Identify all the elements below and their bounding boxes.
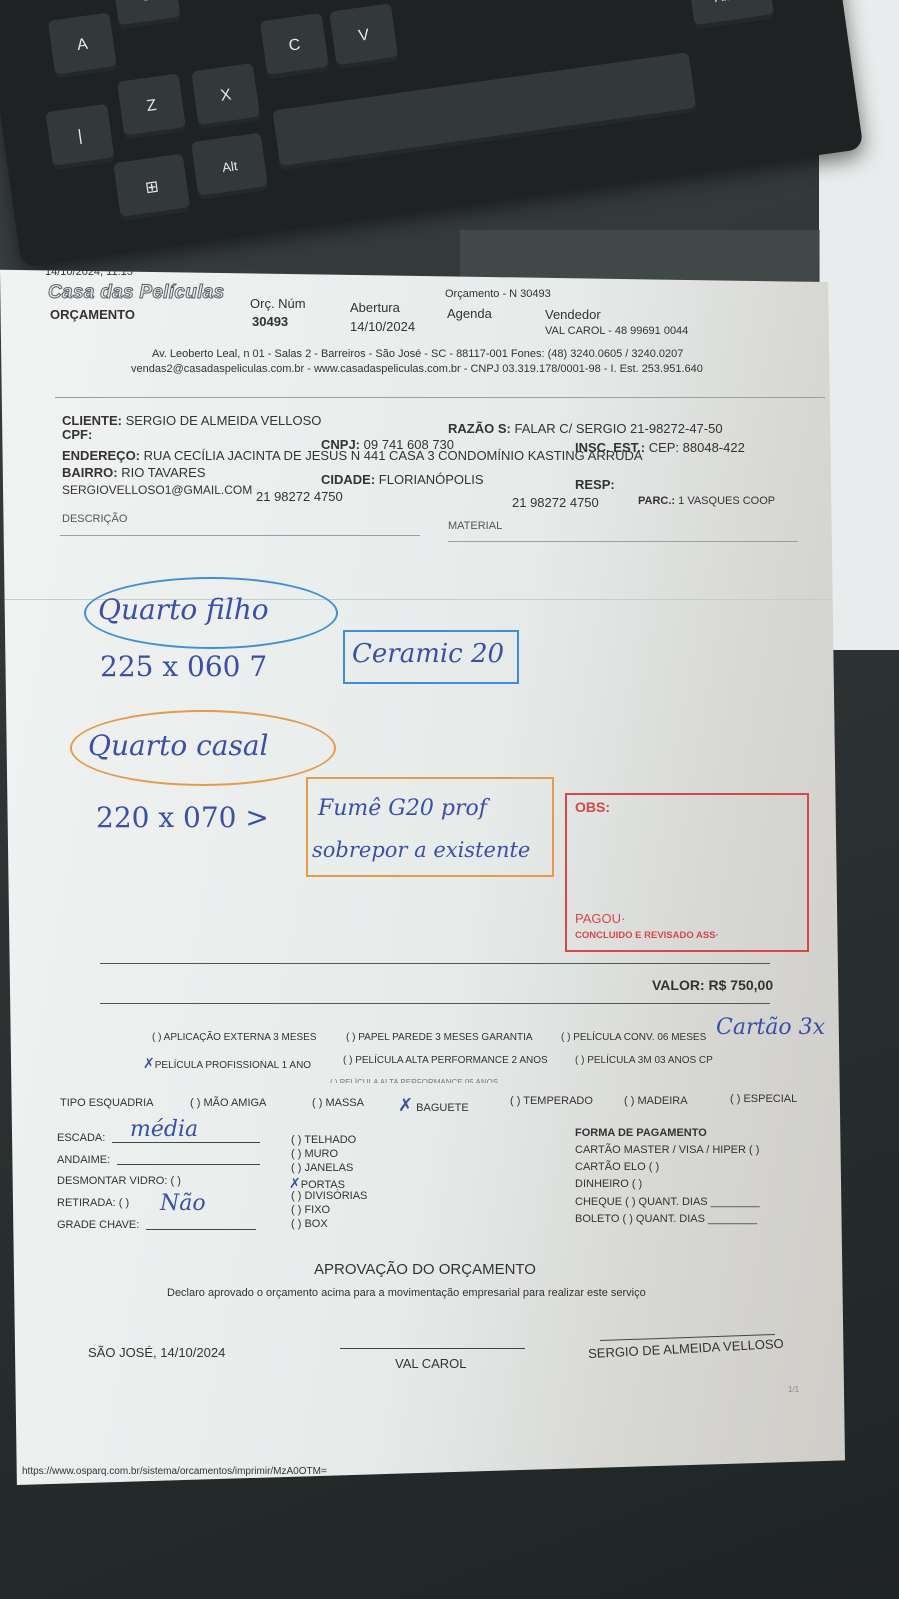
key-alt: Alt	[191, 133, 268, 200]
room2-material-line1: Fumê G20 prof	[318, 796, 487, 821]
location-divisorias[interactable]: ( ) DIVISÓRIAS	[291, 1190, 367, 1202]
address-line-1: Av. Leoberto Leal, n 01 - Salas 2 - Barr…	[152, 348, 683, 360]
room2-name: Quarto casal	[88, 729, 268, 762]
approval-declaration: Declaro aprovado o orçamento acima para …	[167, 1287, 646, 1299]
divider	[55, 397, 825, 398]
key-altgr: Alt Gr	[687, 0, 774, 29]
location-muro[interactable]: ( ) MURO	[291, 1148, 338, 1160]
payment-option-boleto[interactable]: BOLETO ( ) QUANT. DIAS ________	[575, 1213, 757, 1225]
desmontar-vidro[interactable]: DESMONTAR VIDRO: ( )	[57, 1175, 181, 1187]
abertura-label: Abertura	[350, 300, 400, 315]
check-mark-icon: ✗	[143, 1055, 155, 1071]
descricao-header: DESCRIÇÃO	[62, 513, 127, 525]
valor-field: VALOR: R$ 750,00	[652, 977, 773, 993]
esquadria-label: TIPO ESQUADRIA	[60, 1097, 154, 1109]
key-pipe: |	[45, 104, 114, 170]
page-number: 1/1	[788, 1385, 799, 1394]
divider	[448, 541, 798, 542]
andaime-line[interactable]	[117, 1164, 260, 1165]
option-pelicula-conv[interactable]: ( ) PELÍCULA CONV. 06 MESES	[561, 1032, 706, 1043]
esquadria-massa[interactable]: ( ) MASSA	[312, 1097, 364, 1109]
footer-url: https://www.osparq.com.br/sistema/orcame…	[22, 1466, 327, 1477]
orc-num-label: Orç. Núm	[250, 296, 306, 311]
esquadria-temperado[interactable]: ( ) TEMPERADO	[510, 1095, 593, 1107]
escada-label: ESCADA:	[57, 1132, 105, 1144]
bairro-field: BAIRRO: RIO TAVARES	[62, 465, 206, 480]
budget-document: 14/10/2024, 11:15 Casa das Películas ORÇ…	[0, 255, 845, 1485]
client-email: SERGIOVELLOSO1@GMAIL.COM	[62, 483, 252, 497]
cidade-field: CIDADE: FLORIANÓPOLIS	[321, 472, 484, 487]
key-v: V	[329, 3, 398, 69]
obs-label: OBS:	[575, 799, 610, 815]
key-x: X	[191, 63, 260, 129]
room1-dims: 225 x 060 7	[100, 650, 267, 683]
doc-type: ORÇAMENTO	[50, 307, 135, 322]
obs-box: OBS: PAGOU· CONCLUIDO E REVISADO ASS·	[565, 793, 809, 952]
place-date: SÃO JOSÉ, 14/10/2024	[88, 1345, 225, 1360]
andaime-label: ANDAIME:	[57, 1154, 110, 1166]
room2-material-box	[306, 777, 554, 877]
location-fixo[interactable]: ( ) FIXO	[291, 1204, 330, 1216]
grade-chave-label: GRADE CHAVE:	[57, 1219, 139, 1231]
location-box[interactable]: ( ) BOX	[291, 1218, 328, 1230]
payment-note: Cartão 3x	[716, 1015, 825, 1040]
divider	[100, 1003, 770, 1004]
cpf-label: CPF:	[62, 427, 92, 442]
agenda-label: Agenda	[447, 306, 492, 321]
divider	[60, 535, 420, 536]
room1-name: Quarto filho	[98, 593, 269, 626]
retirada-field[interactable]: RETIRADA: ( )	[57, 1197, 129, 1209]
esquadria-baguete[interactable]: ✗ BAGUETE	[398, 1095, 469, 1116]
option-papel-parede[interactable]: ( ) PAPEL PAREDE 3 MESES GARANTIA	[346, 1032, 533, 1043]
cliente-field: CLIENTE: SERGIO DE ALMEIDA VELLOSO	[62, 413, 321, 428]
payment-option-dinheiro[interactable]: DINHEIRO ( )	[575, 1178, 642, 1190]
option-aplicacao-externa[interactable]: ( ) APLICAÇÃO EXTERNA 3 MESES	[152, 1032, 317, 1043]
client-phone-1: 21 98272 4750	[256, 489, 343, 504]
option-alta-performance-2[interactable]: ( ) PELÍCULA ALTA PERFORMANCE 2 ANOS	[343, 1055, 548, 1066]
option-3m[interactable]: ( ) PELÍCULA 3M 03 ANOS CP	[575, 1055, 713, 1066]
key-b: B	[380, 0, 449, 1]
razao-field: RAZÃO S: FALAR C/ SERGIO 21-98272-47-50	[448, 421, 723, 436]
escada-line	[112, 1142, 260, 1143]
esquadria-especial[interactable]: ( ) ESPECIAL	[730, 1093, 797, 1105]
location-janelas[interactable]: ( ) JANELAS	[291, 1162, 353, 1174]
seller-signature-line[interactable]	[340, 1348, 525, 1349]
resp-label: RESP:	[575, 477, 615, 492]
vendedor-value: VAL CAROL - 48 99691 0044	[545, 325, 688, 337]
room1-material: Ceramic 20	[352, 639, 504, 669]
approval-title: APROVAÇÃO DO ORÇAMENTO	[314, 1261, 536, 1278]
key-c: C	[260, 13, 329, 79]
retirada-value: Não	[160, 1191, 206, 1216]
key-space	[272, 52, 696, 170]
divider	[100, 963, 770, 964]
room2-dims: 220 x 070 >	[96, 801, 269, 834]
key-a: A	[48, 12, 117, 78]
doc-ref: Orçamento - N 30493	[445, 288, 551, 300]
grade-chave-line[interactable]	[146, 1229, 256, 1230]
room2-material-line2: sobrepor a existente	[312, 838, 530, 862]
check-mark-icon: ✗	[289, 1175, 301, 1191]
key-s: S	[112, 0, 181, 29]
location-telhado[interactable]: ( ) TELHADO	[291, 1134, 356, 1146]
endereco-field: ENDEREÇO: RUA CECÍLIA JACINTA DE JESUS N…	[62, 448, 643, 463]
company-logo: Casa das Películas	[48, 282, 225, 304]
esquadria-madeira[interactable]: ( ) MADEIRA	[624, 1095, 688, 1107]
esquadria-mao-amiga[interactable]: ( ) MÃO AMIGA	[190, 1097, 266, 1109]
escada-value[interactable]: média	[130, 1117, 198, 1142]
parc-field: PARC.: 1 VASQUES COOP	[638, 495, 775, 507]
client-phone-2: 21 98272 4750	[512, 495, 599, 510]
concluido-label: CONCLUIDO E REVISADO ASS·	[575, 930, 719, 941]
payment-option-elo[interactable]: CARTÃO ELO ( )	[575, 1161, 659, 1173]
key-z: Z	[117, 73, 186, 139]
check-mark-icon: ✗	[398, 1095, 413, 1115]
seller-signature-name: VAL CAROL	[395, 1356, 467, 1371]
payment-title: FORMA DE PAGAMENTO	[575, 1127, 707, 1139]
abertura-value: 14/10/2024	[350, 319, 415, 334]
option-pelicula-profissional[interactable]: ✗PELÍCULA PROFISSIONAL 1 ANO	[143, 1055, 311, 1072]
address-line-2: vendas2@casadaspeliculas.com.br - www.ca…	[131, 363, 703, 375]
option-alta-performance-5[interactable]: ( ) PELÍCULA ALTA PERFORMANCE 05 ANOS	[330, 1078, 498, 1083]
payment-option-cartao[interactable]: CARTÃO MASTER / VISA / HIPER ( )	[575, 1144, 759, 1156]
payment-option-cheque[interactable]: CHEQUE ( ) QUANT. DIAS ________	[575, 1196, 760, 1208]
vendedor-label: Vendedor	[545, 307, 601, 322]
pagou-label: PAGOU·	[575, 911, 625, 926]
orc-num-value: 30493	[252, 314, 288, 329]
material-header: MATERIAL	[448, 520, 502, 532]
windows-key-icon: ⊞	[113, 154, 190, 221]
